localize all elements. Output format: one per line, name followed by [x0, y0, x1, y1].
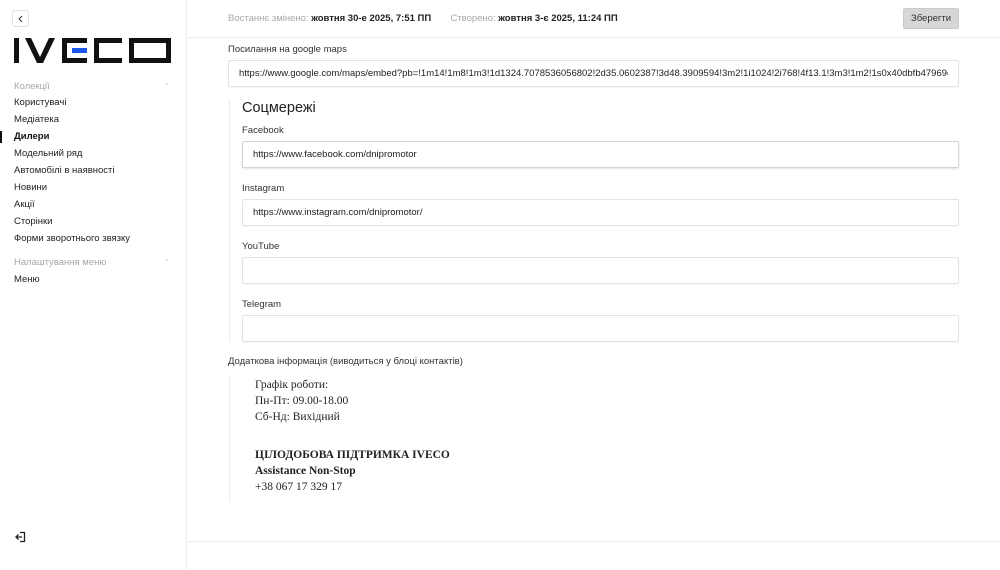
youtube-label: YouTube [242, 241, 279, 252]
additional-info-label: Додаткова інформація (виводиться у блоці… [228, 356, 463, 367]
nav-group-menu-settings[interactable]: Налаштування меню ⌃ [14, 255, 172, 269]
telegram-input[interactable] [242, 315, 959, 342]
richtext-border [229, 376, 230, 502]
google-maps-input[interactable] [228, 60, 959, 87]
social-group-title: Соцмережі [242, 100, 316, 116]
bottom-divider [188, 541, 1000, 542]
sidebar-item-dealers[interactable]: Дилери [14, 130, 49, 144]
richtext-line: Assistance Non-Stop [255, 463, 955, 479]
richtext-line: Пн-Пт: 09.00-18.00 [255, 393, 955, 409]
created-label: Створено: [450, 13, 495, 24]
facebook-input[interactable] [242, 141, 959, 168]
google-maps-label: Посилання на google maps [228, 44, 347, 55]
instagram-label: Instagram [242, 183, 284, 194]
chevron-up-icon: ⌃ [163, 82, 170, 91]
save-button[interactable]: Зберегти [903, 8, 959, 29]
iveco-logo [14, 37, 172, 65]
chevron-up-icon: ⌃ [163, 258, 170, 267]
social-group-border [229, 100, 230, 342]
richtext-line: Сб-Нд: Вихідний [255, 409, 955, 425]
logout-icon [14, 530, 28, 544]
instagram-input[interactable] [242, 199, 959, 226]
active-indicator [0, 131, 2, 143]
youtube-input[interactable] [242, 257, 959, 284]
additional-info-editor[interactable]: Графік роботи: Пн-Пт: 09.00-18.00 Сб-Нд:… [255, 377, 955, 495]
sidebar-item-media[interactable]: Медіатека [14, 113, 59, 127]
sidebar-item-feedback-forms[interactable]: Форми зворотнього звязку [14, 232, 130, 246]
collapse-sidebar-button[interactable] [12, 10, 29, 27]
sidebar-item-users[interactable]: Користувачі [14, 96, 66, 110]
nav-group-label: Налаштування меню [14, 257, 107, 268]
document-header: Востаннє змінено: жовтня 30-е 2025, 7:51… [188, 0, 1000, 38]
facebook-label: Facebook [242, 125, 284, 136]
modified-label: Востаннє змінено: [228, 13, 309, 24]
sidebar-item-pages[interactable]: Сторінки [14, 215, 53, 229]
sidebar-item-promotions[interactable]: Акції [14, 198, 35, 212]
sidebar-item-models[interactable]: Модельний ряд [14, 147, 82, 161]
nav-group-label: Колекції [14, 81, 50, 92]
telegram-label: Telegram [242, 299, 281, 310]
sidebar-item-stock-vehicles[interactable]: Автомобілі в наявності [14, 164, 115, 178]
richtext-line: ЦІЛОДОБОВА ПІДТРИМКА IVECO [255, 447, 955, 463]
logout-button[interactable] [14, 530, 28, 544]
chevron-left-icon [17, 15, 25, 23]
richtext-line: Графік роботи: [255, 377, 955, 393]
sidebar-item-menu[interactable]: Меню [14, 273, 40, 287]
document-meta: Востаннє змінено: жовтня 30-е 2025, 7:51… [228, 13, 618, 24]
sidebar: Колекції ⌃ Користувачі Медіатека Дилери … [0, 0, 187, 570]
modified-value: жовтня 30-е 2025, 7:51 ПП [311, 13, 431, 24]
richtext-line: +38 067 17 329 17 [255, 479, 955, 495]
created-value: жовтня 3-є 2025, 11:24 ПП [498, 13, 617, 24]
nav-group-collections[interactable]: Колекції ⌃ [14, 79, 172, 93]
sidebar-item-news[interactable]: Новини [14, 181, 47, 195]
